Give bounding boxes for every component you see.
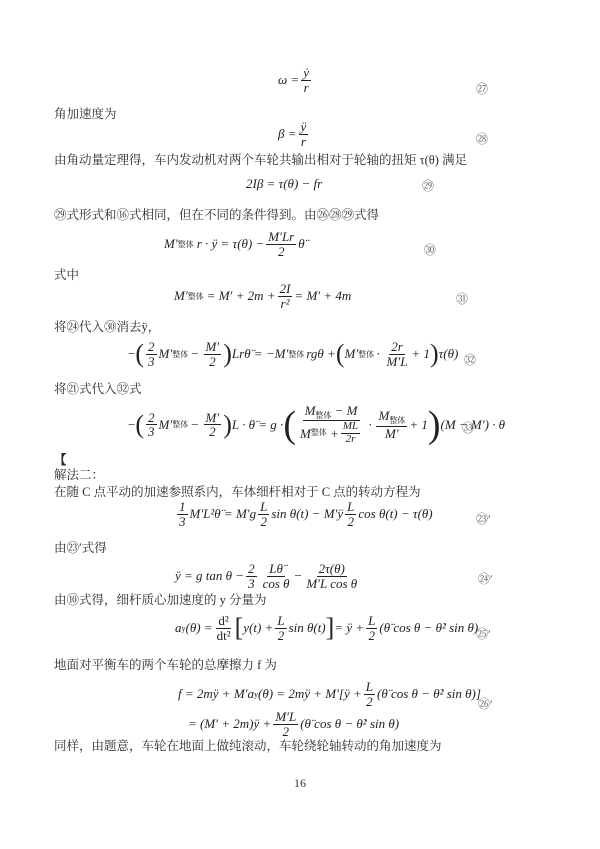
eq-term: y(t) + (243, 620, 273, 636)
bracket-open: [ (235, 615, 244, 641)
subscript: 整体 (288, 349, 304, 360)
fraction: 23 (246, 562, 257, 590)
eq-term: (θ̈ cos θ − θ̇² sin θ)] (377, 686, 481, 702)
fraction: M′2 (204, 411, 222, 439)
eq-term: rgθ + (306, 346, 336, 362)
equation-number: ㉓′ (476, 510, 491, 527)
fraction: M′2 (204, 340, 222, 368)
paragraph: 解法二： (54, 467, 104, 483)
eq-term: sin θ(t) − M′ÿ (271, 506, 343, 522)
paragraph: 角加速度为 (54, 106, 117, 122)
minus-sign: − (191, 346, 198, 362)
paragraph: 由角动量定理得，车内发动机对两个车轮共输出相对于轮轴的扭矩 τ(θ) 满足 (54, 152, 467, 168)
fraction: ẏr (301, 66, 311, 94)
eq-term: + 1 (409, 417, 428, 433)
equation-number: ㉚ (424, 241, 436, 258)
eq-term: (θ̈ cos θ − θ̇² sin θ) (379, 620, 478, 636)
eq-term: (θ) = (186, 620, 213, 636)
equation-number: ㉙ (422, 177, 434, 194)
denominator: 2 (207, 355, 218, 369)
eq-term: = M′ + 2m + (207, 288, 276, 304)
eq-term: − (294, 568, 303, 584)
paragraph: 由⑩式得，细杆质心加速度的 y 分量为 (54, 592, 267, 608)
paragraph: 式中 (54, 267, 79, 283)
equation-26-prime-line2: = (M′ + 2m)ÿ + M′L2 (θ̈ cos θ − θ̇² sin … (188, 710, 399, 738)
numerator: 2r (389, 340, 405, 355)
fraction: M′L2 (273, 710, 298, 738)
subscript: 整体 (358, 349, 374, 360)
equation-27: ω = ẏr (278, 66, 313, 94)
denominator: r² (279, 297, 292, 311)
subscript: 整体 (172, 349, 188, 360)
fraction: L2 (275, 614, 286, 642)
eq-term: cos θ(t) − τ(θ) (358, 506, 432, 522)
numerator: M整体 − M (303, 404, 360, 421)
denominator: 2 (276, 245, 287, 259)
paragraph: 地面对平衡车的两个车轮的总摩擦力 f 为 (54, 657, 277, 673)
equation-30: M′整体 r · ÿ = τ(θ) − M′Lr2 θ̈ (164, 230, 305, 258)
equation-33: −( 23 M′整体 − M′2 ) L · θ̈ = g · ( M整体 − … (128, 404, 505, 445)
fraction: L2 (258, 500, 269, 528)
paren-open: ( (283, 406, 296, 444)
fraction: L2 (364, 680, 375, 708)
eq-term: τ(θ) (439, 346, 459, 362)
equation-29: 2Iβ = τ(θ) − fr (246, 176, 322, 192)
subscript: 整体 (178, 239, 194, 250)
denominator: r (302, 81, 311, 95)
paragraph: 同样，由题意，车轮在地面上做纯滚动，车轮绕轮轴转动的角加速度为 (54, 738, 442, 754)
fraction: ÿr (299, 120, 309, 148)
bracket-mark: 【 (54, 452, 67, 468)
paren-close: ) (223, 341, 232, 367)
paragraph: 将㉔代入㉚消去ÿ， (54, 319, 160, 335)
denominator: 3 (146, 355, 157, 369)
eq-term: (θ̈ cos θ − θ̇² sin θ) (300, 716, 399, 732)
bracket-close: ] (326, 615, 335, 641)
eq-lhs: ω = (278, 72, 299, 88)
fraction: 2τ(θ)M′L cos θ (304, 562, 359, 590)
equation-number: ㉔′ (478, 570, 493, 587)
fraction: L2 (345, 500, 356, 528)
equation-31: M′整体 = M′ + 2m + 2Ir² = M′ + 4m (174, 282, 351, 310)
eq-term: r · ÿ = τ(θ) − (197, 236, 265, 252)
document-page: ω = ẏr ㉗ 角加速度为 β = ÿr ㉘ 由角动量定理得，车内发动机对两个… (0, 0, 600, 849)
eq-term: = M′ + 4m (294, 288, 351, 304)
eq-lhs: β = (278, 126, 297, 142)
eq-term: sin θ(t) (289, 620, 326, 636)
eq-term: θ̈ (298, 236, 304, 252)
fraction: 2rM′L (385, 340, 410, 368)
numerator: 2 (146, 340, 157, 355)
paren-open: ( (135, 412, 144, 438)
paragraph: 由㉓′式得 (54, 540, 107, 556)
fraction: 23 (146, 411, 157, 439)
fraction: M′Lr2 (266, 230, 296, 258)
denominator: M整体 +ML2r (298, 421, 364, 445)
fraction: 13 (177, 500, 188, 528)
eq-term: = (M′ + 2m)ÿ + (188, 716, 271, 732)
equation-25-prime: ay (θ) = d²dt² [ y(t) + L2 sin θ(t) ] = … (175, 614, 478, 642)
eq-term: ÿ = g tan θ − (175, 568, 244, 584)
eq-term: = ÿ + (334, 620, 364, 636)
eq-term: M′ (174, 288, 188, 304)
eq-term: L · θ̈ = g · (232, 417, 283, 433)
numerator: 2 (146, 411, 157, 426)
eq-term: M′ (159, 417, 173, 433)
numerator: ẏ (301, 66, 311, 81)
minus-sign: − (191, 417, 198, 433)
minus-sign: − (128, 346, 135, 362)
paren-close: ) (430, 341, 439, 367)
eq-term: Lrθ̈ = −M′ (232, 346, 288, 362)
fraction: M整体 − M M整体 +ML2r (298, 404, 364, 445)
subscript: 整体 (188, 291, 204, 302)
numerator: 2I (278, 282, 293, 297)
equation-number: ㉝ (462, 419, 474, 436)
paren-close: ) (223, 412, 232, 438)
equation-number: ㉕′ (476, 625, 491, 642)
fraction: M整体M′ (376, 409, 407, 440)
equation-32: −( 23 M′整体 − M′2 ) Lrθ̈ = −M′整体 rgθ + ( … (128, 340, 458, 368)
subscript: 整体 (172, 419, 188, 430)
denominator: r (299, 135, 308, 149)
equation-number: ㉘ (476, 130, 488, 147)
fraction: 23 (146, 340, 157, 368)
equation-28: β = ÿr (278, 120, 310, 148)
eq-term: M′L²θ̈ = M′g (190, 506, 257, 522)
paren-open: ( (135, 341, 144, 367)
fraction: L2 (366, 614, 377, 642)
eq-term: M′ (159, 346, 173, 362)
equation-number: ㉜ (464, 351, 476, 368)
paragraph: 将㉑式代入㉜式 (54, 381, 142, 397)
equation-26-prime-line1: f = 2mÿ + M′ay (θ) = 2mÿ + M′[ÿ + L2 (θ̈… (178, 680, 481, 708)
equation-number: ㉖′ (478, 695, 493, 712)
fraction: 2Ir² (278, 282, 293, 310)
denominator: 3 (146, 425, 157, 439)
fraction: d²dt² (215, 614, 233, 642)
denominator: M′L (385, 355, 410, 369)
eq-term: M′ (164, 236, 178, 252)
paragraph: ㉙式形式和⑯式相同，但在不同的条件得到。由㉖㉘㉙式得 (54, 207, 379, 223)
equation-24-prime: ÿ = g tan θ − 23 Lθ̈cos θ − 2τ(θ)M′L cos… (175, 562, 361, 590)
eq-term: f = 2mÿ + M′a (178, 686, 254, 702)
eq-term: (θ) = 2mÿ + M′[ÿ + (258, 686, 362, 702)
paren-close: ) (428, 406, 441, 444)
numerator: M′ (204, 340, 222, 355)
denominator: 2 (207, 425, 218, 439)
numerator: ÿ (299, 120, 309, 135)
eq-term: + 1 (411, 346, 430, 362)
fraction: Lθ̈cos θ (261, 562, 292, 590)
equation-number: ㉛ (456, 290, 468, 307)
eq-term: M′ (344, 346, 358, 362)
numerator: M′Lr (266, 230, 296, 245)
equation-23-prime: 13 M′L²θ̈ = M′g L2 sin θ(t) − M′ÿ L2 cos… (175, 500, 433, 528)
equation-number: ㉗ (476, 80, 488, 97)
minus-sign: − (128, 417, 135, 433)
numerator: M′ (204, 411, 222, 426)
paragraph: 在随 C 点平动的加速参照系内，车体细杆相对于 C 点的转动方程为 (54, 484, 421, 500)
page-number: 16 (0, 776, 600, 791)
